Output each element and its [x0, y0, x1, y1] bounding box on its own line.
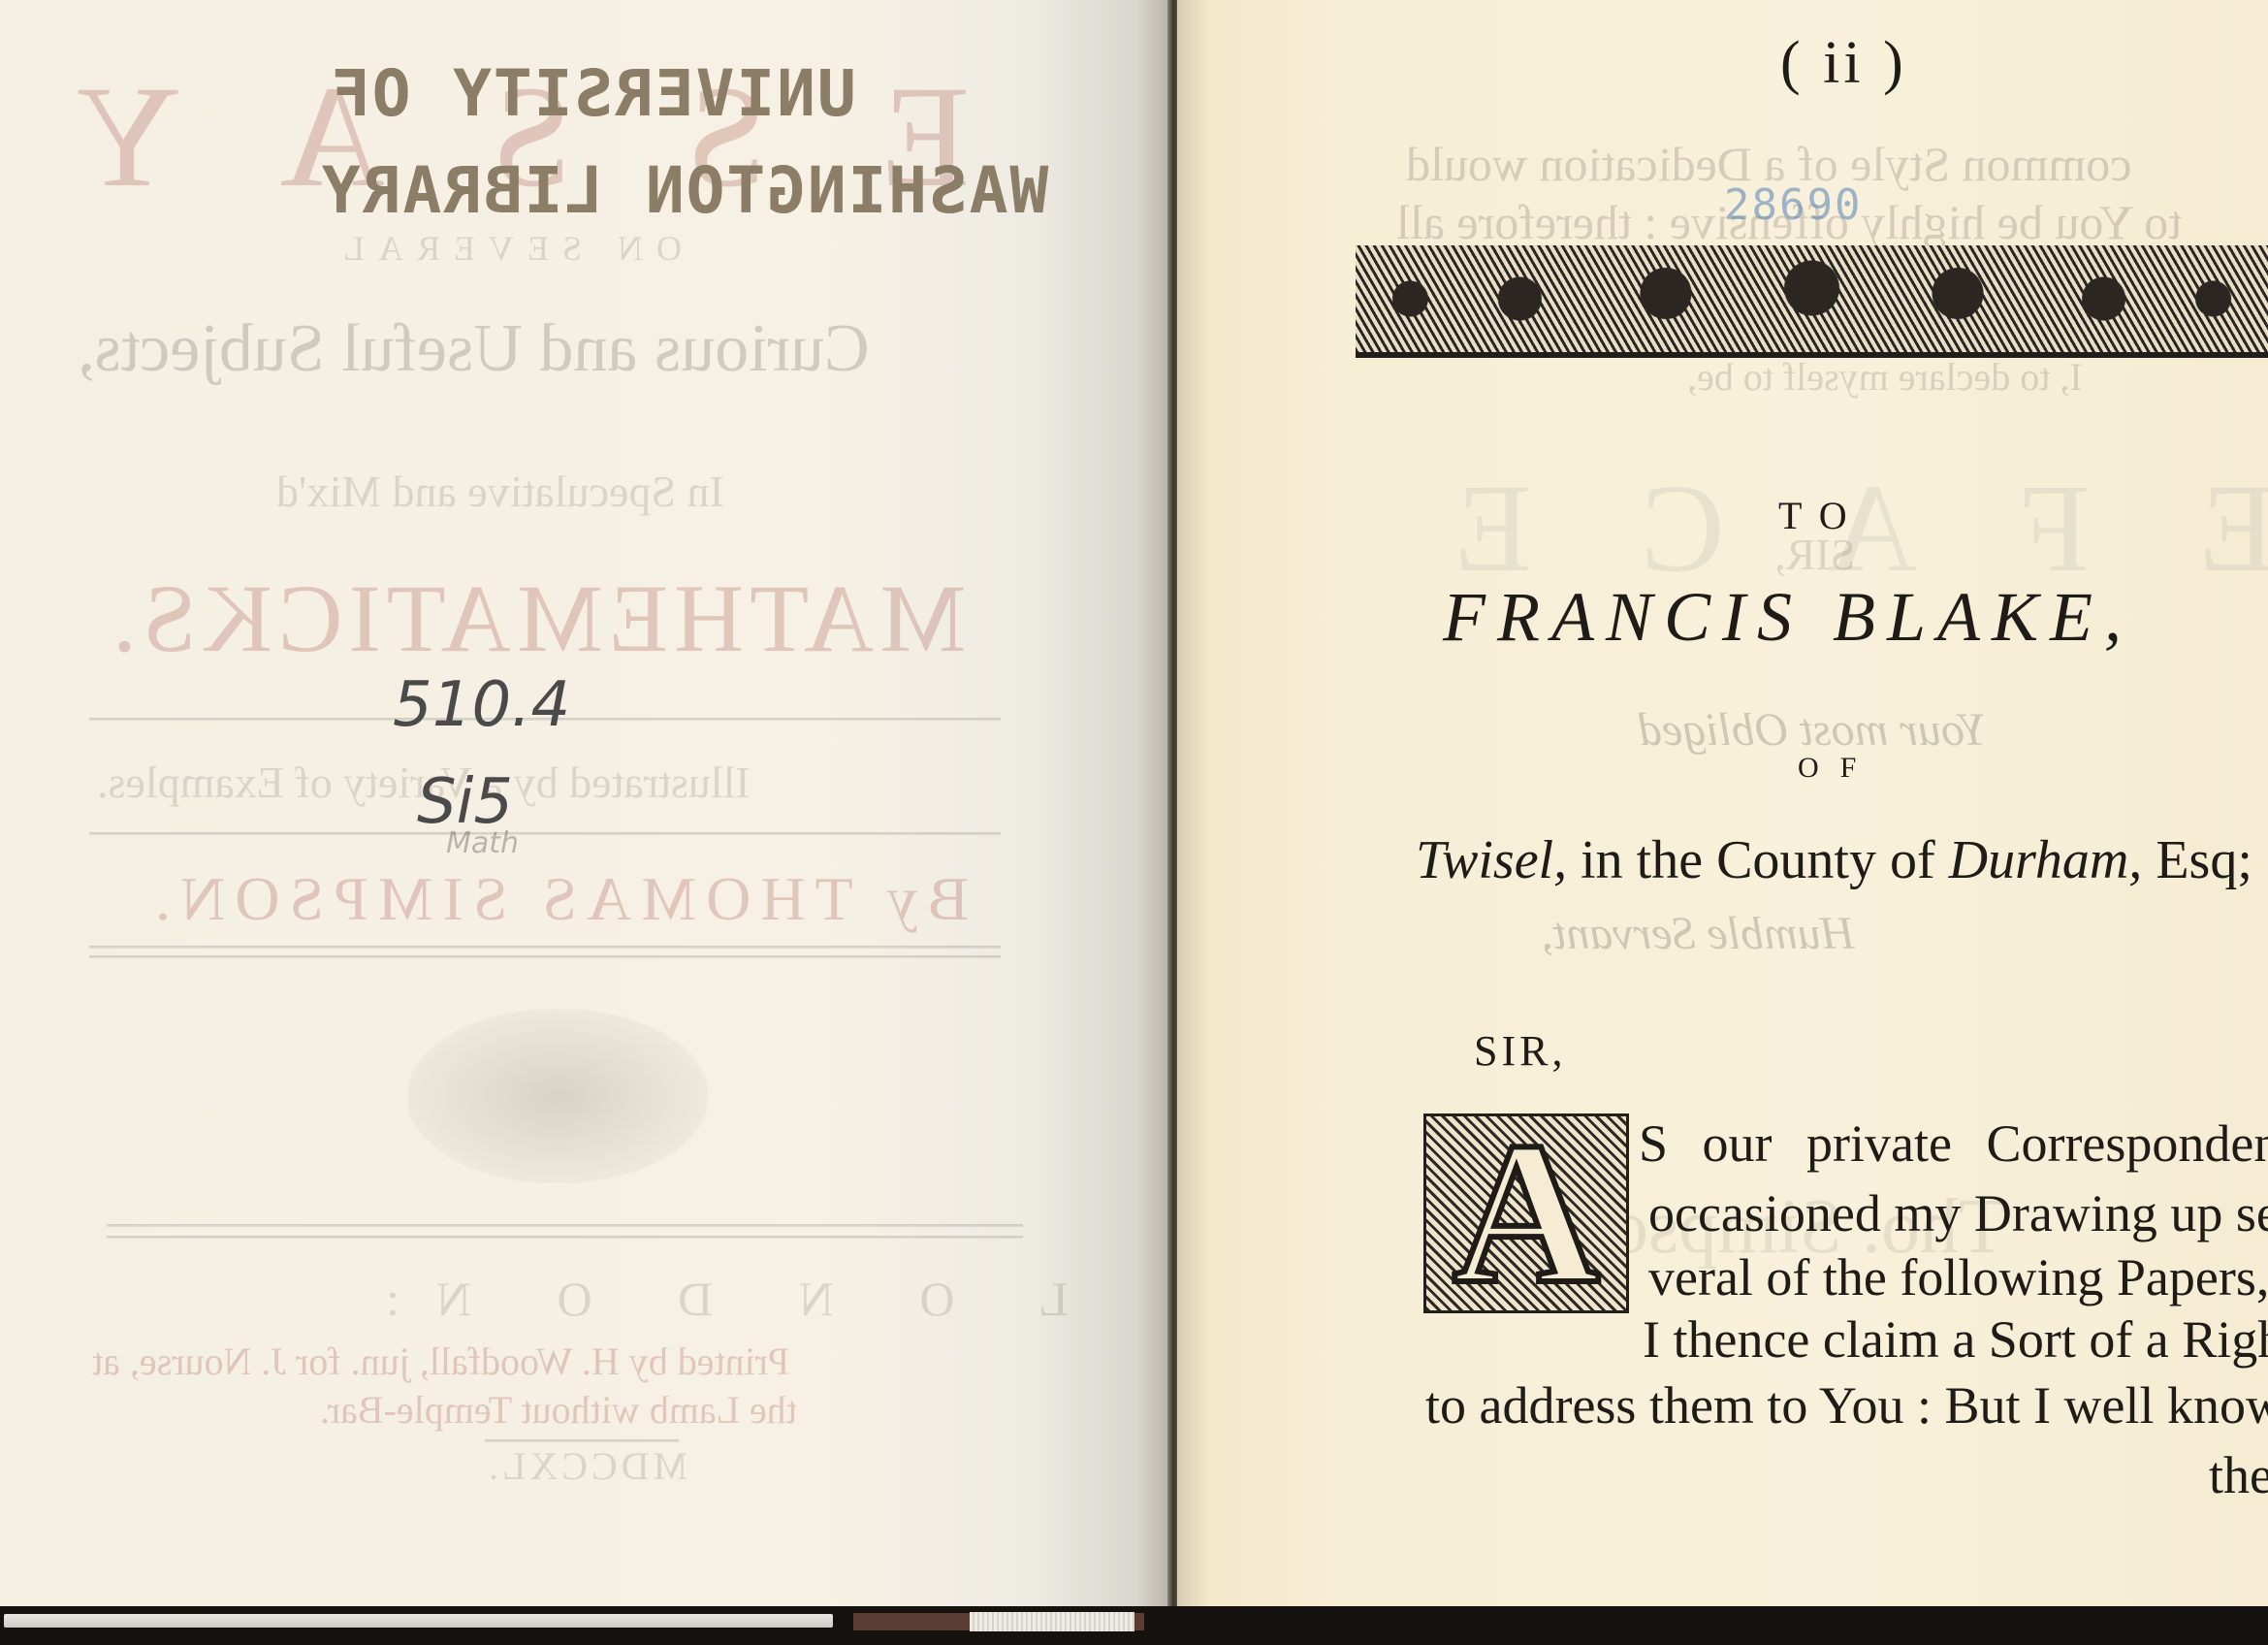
salutation: SIR,: [1474, 1026, 1566, 1076]
ghost-rule: [89, 832, 1001, 835]
left-page: E S S A Y S UNIVERSITY OF WASHINGTON LIB…: [0, 0, 1171, 1622]
ghost-subjects: Curious and Useful Subjects,: [78, 310, 870, 388]
library-stamp-number: 28690: [1724, 180, 1862, 230]
binding-headband: [970, 1612, 1134, 1631]
ghost-rule: [485, 1439, 679, 1442]
body-line: to address them to You : But I well know: [1425, 1375, 2268, 1435]
book-board-edge: [4, 1614, 833, 1628]
body-line: I thence claim a Sort of a Right: [1643, 1309, 2268, 1370]
ghost-rule: [89, 955, 1001, 958]
library-perforation-line2: WASHINGTON LIBRARY: [320, 153, 1048, 228]
ghost-rule: [89, 946, 1001, 949]
ornamental-headpiece: [1356, 245, 2268, 358]
ghost-printer-line2: the Lamb without Temple-Bar.: [320, 1387, 797, 1433]
ghost-mathematicks: MATHEMATICKS.: [107, 563, 966, 674]
address-mid: in the County of: [1567, 830, 1949, 890]
ghost-obliged: Your most Obliged: [1639, 703, 1986, 757]
ghost-printer-ornament: [407, 1009, 708, 1183]
pencil-call-number-1: 510.4: [393, 669, 570, 741]
dedication-to: TO: [1778, 493, 1865, 538]
dedication-of: OF: [1798, 752, 1877, 785]
address-end: Esq;: [2142, 830, 2252, 890]
ornamental-drop-cap: A: [1423, 1113, 1629, 1313]
recipient-name: FRANCIS BLAKE,: [1443, 577, 2133, 658]
body-line: S our private Correspondence: [1639, 1113, 2268, 1174]
address-county: Durham,: [1949, 830, 2143, 890]
recipient-address: Twisel, in the County of Durham, Esq;: [1416, 829, 2252, 891]
ghost-servant: Humble Servant,: [1542, 907, 1855, 960]
body-line: veral of the following Papers,: [1648, 1247, 2268, 1307]
ghost-dedication-line3: I, to declare myself to be,: [1687, 354, 2083, 400]
pencil-faint-note: Math: [446, 826, 519, 860]
ghost-rule: [107, 1224, 1023, 1227]
address-place: Twisel,: [1416, 830, 1567, 890]
ghost-year: MDCCXL.: [485, 1443, 687, 1489]
page-number: ( ii ): [1780, 29, 1907, 98]
ghost-london: L O N D O N:: [349, 1271, 1069, 1327]
ghost-in-speculative: In Speculative and Mix'd: [276, 466, 724, 517]
drop-cap-letter: A: [1453, 1112, 1600, 1315]
library-perforation-line1: UNIVERSITY OF: [330, 56, 856, 131]
body-line: occasioned my Drawing up se-: [1648, 1183, 2268, 1243]
ghost-rule: [107, 1236, 1023, 1239]
ghost-printer-line1: Printed by H. Woodfall, jun. for J. Nour…: [92, 1339, 789, 1384]
catchword: the: [2209, 1445, 2268, 1505]
ghost-on-several: ON SEVERAL: [330, 228, 682, 269]
ghost-author: By THOMAS SIMPSON.: [145, 863, 969, 935]
